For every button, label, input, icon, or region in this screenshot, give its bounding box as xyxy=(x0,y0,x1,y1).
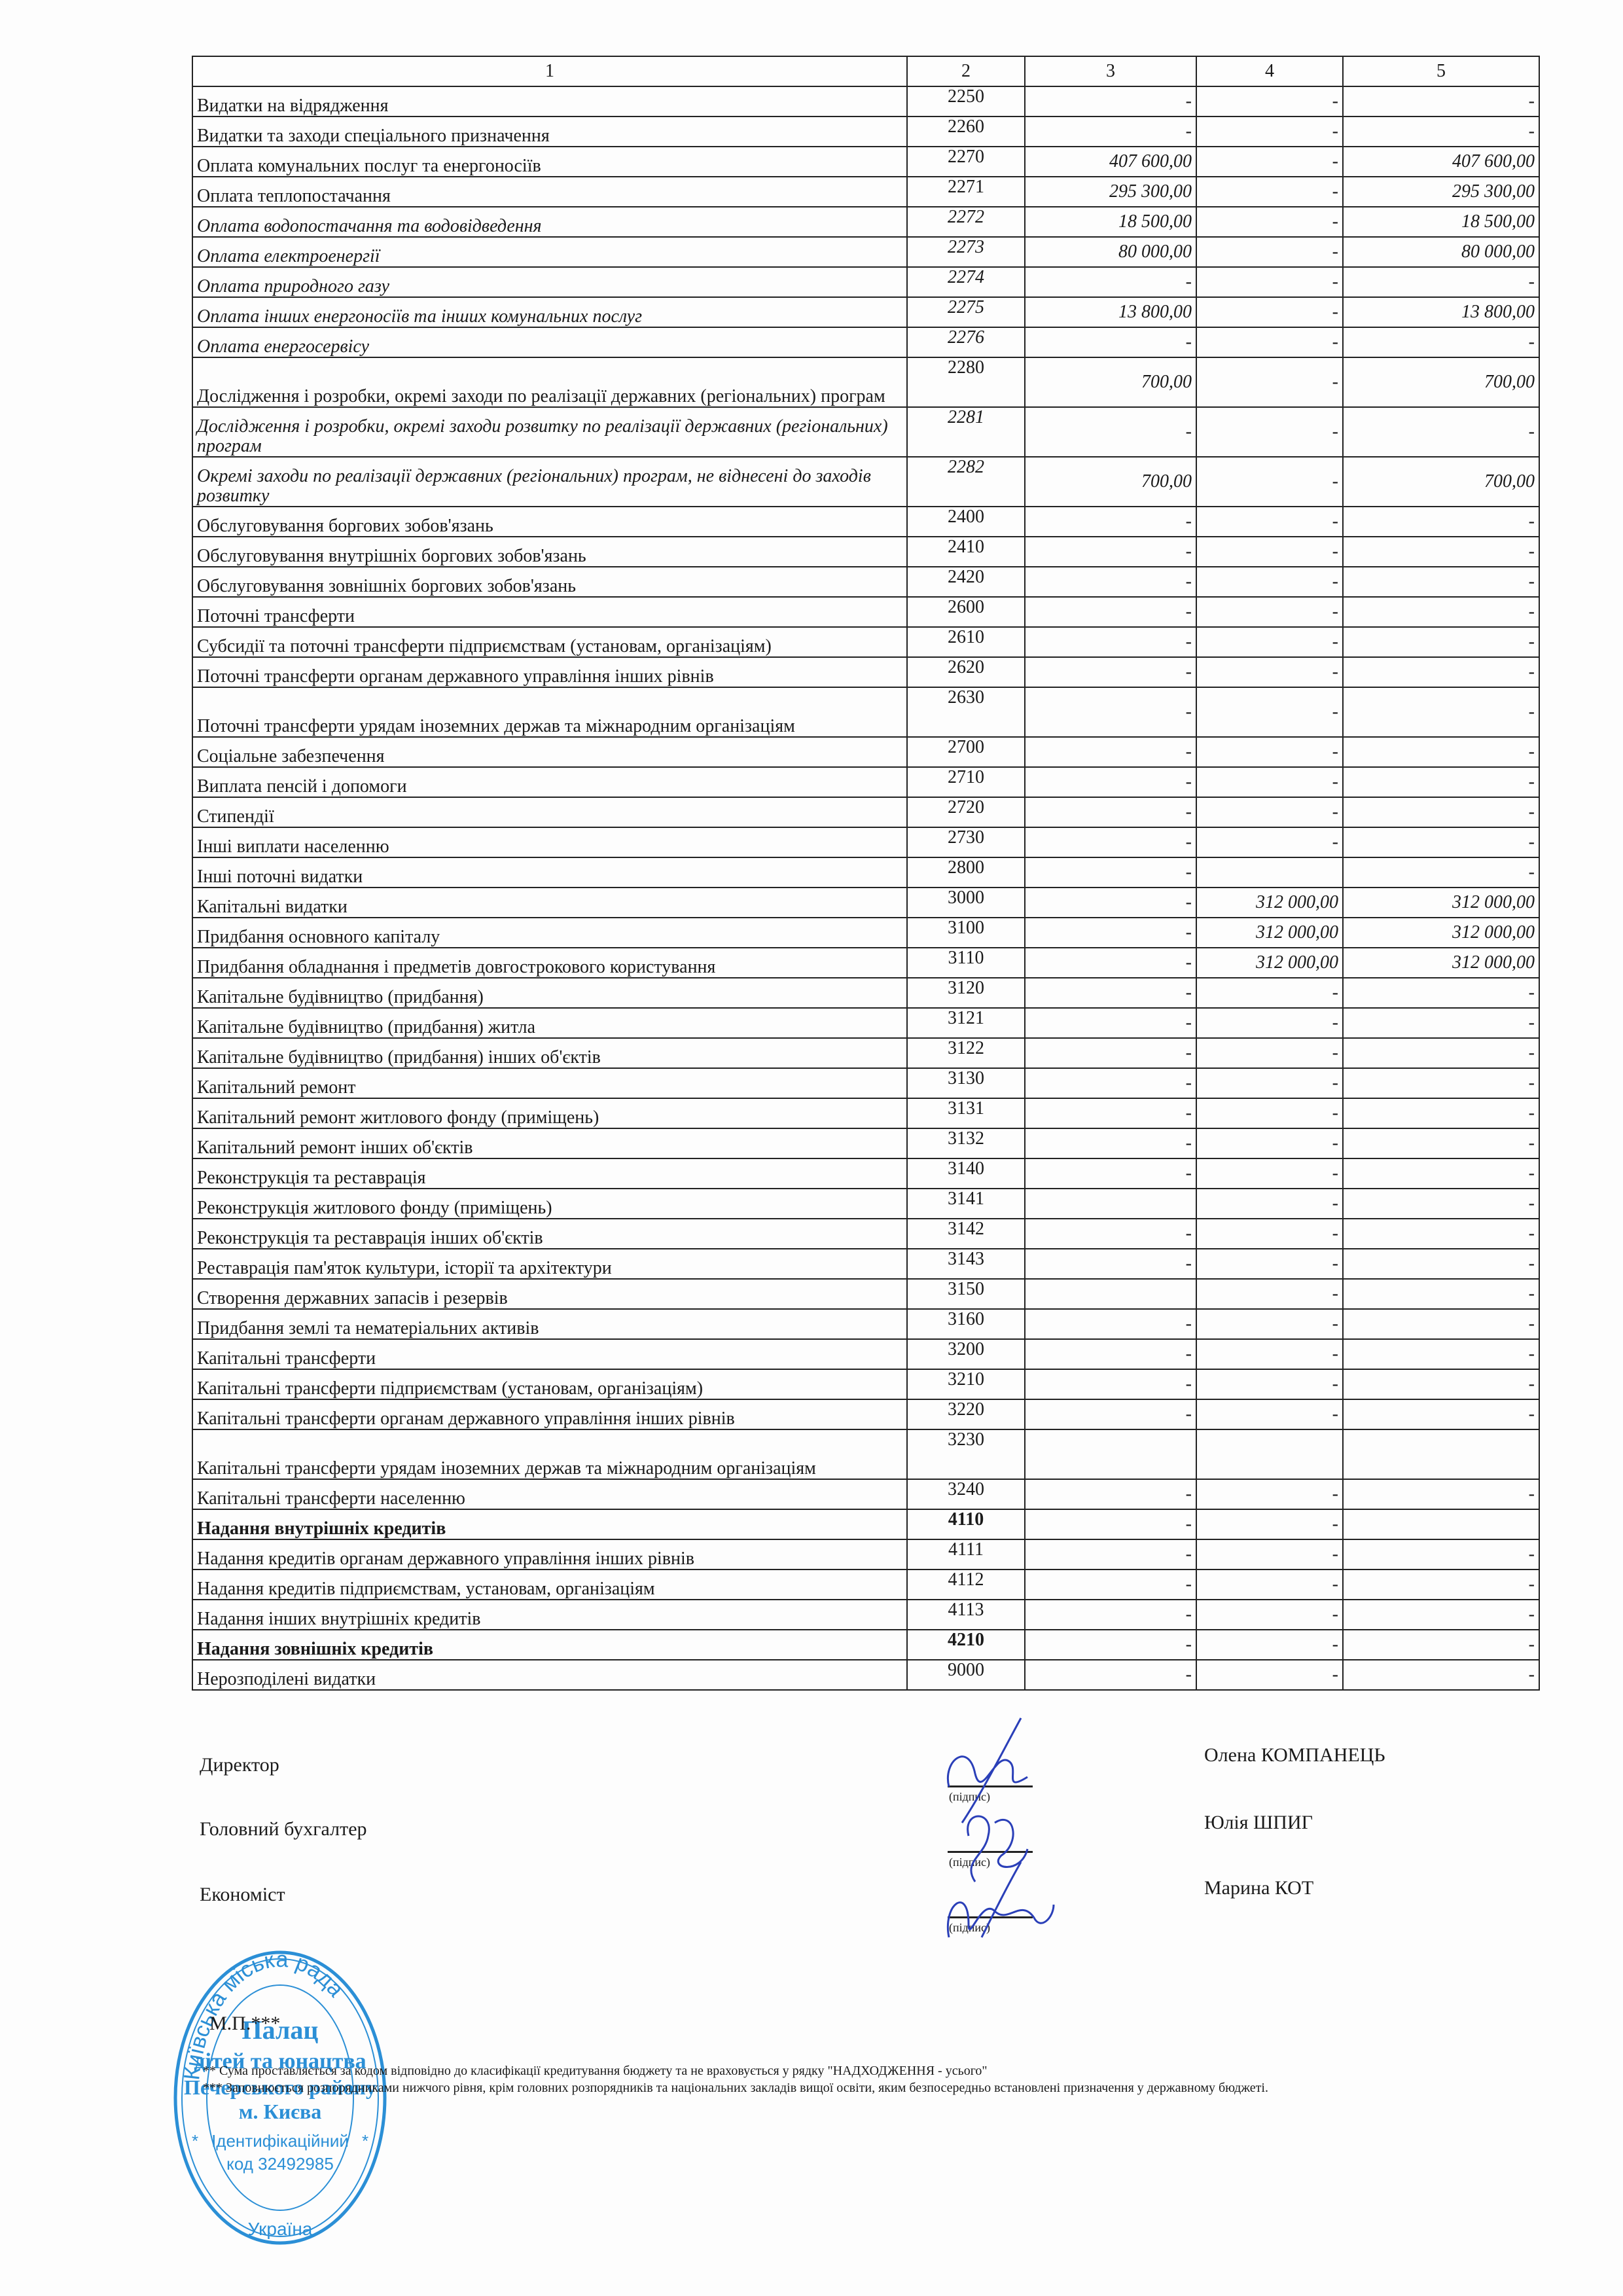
row-value-col5: - xyxy=(1343,1369,1539,1399)
name-director: Олена КОМПАНЕЦЬ xyxy=(1204,1744,1385,1767)
role-director: Директор xyxy=(200,1754,279,1776)
row-name: Реконструкція житлового фонду (приміщень… xyxy=(192,1189,907,1219)
row-value-col3 xyxy=(1025,1279,1196,1309)
row-value-col3: - xyxy=(1025,1098,1196,1128)
table-row: Соціальне забезпечення2700--- xyxy=(192,737,1539,767)
svg-text:код 32492985: код 32492985 xyxy=(226,2154,334,2174)
row-value-col3: - xyxy=(1025,918,1196,948)
row-value-col5: - xyxy=(1343,1038,1539,1068)
row-code: 3230 xyxy=(907,1429,1025,1479)
row-code: 3141 xyxy=(907,1189,1025,1219)
row-code: 2282 xyxy=(907,457,1025,507)
row-value-col4: 312 000,00 xyxy=(1196,948,1343,978)
row-code: 3210 xyxy=(907,1369,1025,1399)
column-header-1: 1 xyxy=(192,56,907,86)
row-code: 2270 xyxy=(907,147,1025,177)
row-value-col3: - xyxy=(1025,597,1196,627)
row-value-col4: - xyxy=(1196,1630,1343,1660)
column-header-4: 4 xyxy=(1196,56,1343,86)
svg-text:Ідентифікаційний: Ідентифікаційний xyxy=(211,2131,349,2151)
row-name: Придбання землі та нематеріальних активі… xyxy=(192,1309,907,1339)
row-value-col5: - xyxy=(1343,567,1539,597)
row-value-col5: - xyxy=(1343,1660,1539,1690)
row-value-col5: 312 000,00 xyxy=(1343,918,1539,948)
row-code: 2630 xyxy=(907,687,1025,737)
row-value-col3: - xyxy=(1025,767,1196,797)
row-value-col5: - xyxy=(1343,1539,1539,1570)
row-value-col5: - xyxy=(1343,267,1539,297)
row-value-col3: - xyxy=(1025,857,1196,888)
table-row: Стипендії2720--- xyxy=(192,797,1539,827)
row-code: 3131 xyxy=(907,1098,1025,1128)
svg-text:Україна: Україна xyxy=(248,2219,313,2239)
row-name: Інші поточні видатки xyxy=(192,857,907,888)
row-value-col5: 13 800,00 xyxy=(1343,297,1539,327)
row-value-col3: - xyxy=(1025,627,1196,657)
row-value-col5: - xyxy=(1343,978,1539,1008)
row-value-col5: - xyxy=(1343,1098,1539,1128)
row-value-col4: - xyxy=(1196,767,1343,797)
column-header-3: 3 xyxy=(1025,56,1196,86)
row-value-col3 xyxy=(1025,1429,1196,1479)
row-value-col3: 407 600,00 xyxy=(1025,147,1196,177)
row-value-col4: - xyxy=(1196,597,1343,627)
row-value-col5 xyxy=(1343,1429,1539,1479)
row-code: 4111 xyxy=(907,1539,1025,1570)
row-name: Капітальні трансферти органам державного… xyxy=(192,1399,907,1429)
row-value-col3: - xyxy=(1025,1399,1196,1429)
table-row: Оплата теплопостачання2271295 300,00-295… xyxy=(192,177,1539,207)
row-name: Окремі заходи по реалізації державних (р… xyxy=(192,457,907,507)
row-name: Реконструкція та реставрація інших об'єк… xyxy=(192,1219,907,1249)
row-value-col5: - xyxy=(1343,737,1539,767)
row-name: Реставрація пам'яток культури, історії т… xyxy=(192,1249,907,1279)
row-value-col5: - xyxy=(1343,767,1539,797)
row-value-col5: 700,00 xyxy=(1343,457,1539,507)
table-row: Надання інших внутрішніх кредитів4113--- xyxy=(192,1600,1539,1630)
row-value-col4: - xyxy=(1196,1339,1343,1369)
row-value-col5: - xyxy=(1343,1219,1539,1249)
row-value-col5: - xyxy=(1343,86,1539,117)
row-value-col4: - xyxy=(1196,687,1343,737)
handwritten-signature-economist xyxy=(923,1859,1080,1970)
table-row: Надання внутрішніх кредитів4110-- xyxy=(192,1509,1539,1539)
row-code: 4110 xyxy=(907,1509,1025,1539)
row-value-col3 xyxy=(1025,1189,1196,1219)
row-value-col4: 312 000,00 xyxy=(1196,918,1343,948)
row-value-col4: - xyxy=(1196,237,1343,267)
table-row: Капітальні трансферти підприємствам (уст… xyxy=(192,1369,1539,1399)
row-code: 2400 xyxy=(907,507,1025,537)
row-value-col3: - xyxy=(1025,948,1196,978)
row-value-col5: - xyxy=(1343,327,1539,357)
row-code: 2730 xyxy=(907,827,1025,857)
row-name: Капітальні трансферти підприємствам (уст… xyxy=(192,1369,907,1399)
row-value-col4: - xyxy=(1196,457,1343,507)
row-value-col3: - xyxy=(1025,1038,1196,1068)
row-name: Реконструкція та реставрація xyxy=(192,1158,907,1189)
row-code: 4113 xyxy=(907,1600,1025,1630)
table-row: Оплата природного газу2274--- xyxy=(192,267,1539,297)
row-code: 2710 xyxy=(907,767,1025,797)
row-name: Капітальні трансферти xyxy=(192,1339,907,1369)
row-code: 2271 xyxy=(907,177,1025,207)
footnote-double-asterisk: ** Сума проставляється за кодом відповід… xyxy=(203,2063,988,2079)
row-value-col3: - xyxy=(1025,537,1196,567)
row-value-col3: - xyxy=(1025,567,1196,597)
row-name: Капітальні видатки xyxy=(192,888,907,918)
row-name: Дослідження і розробки, окремі заходи ро… xyxy=(192,407,907,457)
row-code: 9000 xyxy=(907,1660,1025,1690)
row-value-col4: - xyxy=(1196,797,1343,827)
table-row: Реконструкція та реставрація інших об'єк… xyxy=(192,1219,1539,1249)
row-value-col4: - xyxy=(1196,1399,1343,1429)
row-code: 2410 xyxy=(907,537,1025,567)
row-value-col4: - xyxy=(1196,1279,1343,1309)
row-value-col3: 18 500,00 xyxy=(1025,207,1196,237)
table-row: Інші поточні видатки2800-- xyxy=(192,857,1539,888)
table-row: Придбання обладнання і предметів довгост… xyxy=(192,948,1539,978)
row-name: Нерозподілені видатки xyxy=(192,1660,907,1690)
row-value-col4: - xyxy=(1196,177,1343,207)
row-code: 2800 xyxy=(907,857,1025,888)
row-name: Обслуговування внутрішніх боргових зобов… xyxy=(192,537,907,567)
table-row: Дослідження і розробки, окремі заходи по… xyxy=(192,357,1539,407)
row-name: Придбання основного капіталу xyxy=(192,918,907,948)
row-code: 2610 xyxy=(907,627,1025,657)
row-value-col4: - xyxy=(1196,1219,1343,1249)
table-row: Оплата енергосервісу2276--- xyxy=(192,327,1539,357)
row-value-col4: - xyxy=(1196,147,1343,177)
row-name: Оплата енергосервісу xyxy=(192,327,907,357)
row-value-col5: - xyxy=(1343,1189,1539,1219)
row-code: 2260 xyxy=(907,117,1025,147)
row-name: Поточні трансферти урядам іноземних держ… xyxy=(192,687,907,737)
row-value-col3: - xyxy=(1025,827,1196,857)
row-code: 2600 xyxy=(907,597,1025,627)
row-code: 3150 xyxy=(907,1279,1025,1309)
table-row: Поточні трансферти урядам іноземних держ… xyxy=(192,687,1539,737)
row-code: 2420 xyxy=(907,567,1025,597)
row-code: 2273 xyxy=(907,237,1025,267)
row-value-col3: - xyxy=(1025,1600,1196,1630)
table-row: Капітальні трансферти урядам іноземних д… xyxy=(192,1429,1539,1479)
table-row: Видатки та заходи спеціального призначен… xyxy=(192,117,1539,147)
row-value-col5: - xyxy=(1343,1128,1539,1158)
table-row: Поточні трансферти органам державного уп… xyxy=(192,657,1539,687)
row-value-col3: - xyxy=(1025,1479,1196,1509)
row-code: 2276 xyxy=(907,327,1025,357)
row-name: Поточні трансферти xyxy=(192,597,907,627)
row-value-col4: - xyxy=(1196,207,1343,237)
row-name: Соціальне забезпечення xyxy=(192,737,907,767)
table-row: Надання зовнішніх кредитів4210--- xyxy=(192,1630,1539,1660)
row-value-col3: - xyxy=(1025,1369,1196,1399)
document-page: 1 2 3 4 5 Видатки на відрядження2250---В… xyxy=(0,0,1623,2296)
row-name: Дослідження і розробки, окремі заходи по… xyxy=(192,357,907,407)
row-value-col4: - xyxy=(1196,86,1343,117)
name-chief-accountant: Юлія ШПИГ xyxy=(1204,1812,1313,1834)
row-name: Капітальний ремонт xyxy=(192,1068,907,1098)
row-value-col4: - xyxy=(1196,537,1343,567)
row-code: 4210 xyxy=(907,1630,1025,1660)
row-value-col5: - xyxy=(1343,827,1539,857)
row-name: Обслуговування боргових зобов'язань xyxy=(192,507,907,537)
row-value-col3: - xyxy=(1025,1309,1196,1339)
row-value-col5: - xyxy=(1343,1068,1539,1098)
row-value-col4: - xyxy=(1196,1570,1343,1600)
column-header-2: 2 xyxy=(907,56,1025,86)
row-value-col4: - xyxy=(1196,1369,1343,1399)
row-name: Оплата природного газу xyxy=(192,267,907,297)
row-value-col5: - xyxy=(1343,537,1539,567)
name-economist: Марина КОТ xyxy=(1204,1877,1313,1899)
row-value-col4: - xyxy=(1196,507,1343,537)
row-code: 3140 xyxy=(907,1158,1025,1189)
row-value-col3: - xyxy=(1025,327,1196,357)
row-name: Капітальне будівництво (придбання) інших… xyxy=(192,1038,907,1068)
row-value-col3: - xyxy=(1025,657,1196,687)
row-name: Оплата теплопостачання xyxy=(192,177,907,207)
row-value-col5: - xyxy=(1343,1399,1539,1429)
row-value-col5: 312 000,00 xyxy=(1343,948,1539,978)
row-value-col4: 312 000,00 xyxy=(1196,888,1343,918)
table-row: Капітальний ремонт інших об'єктів3132--- xyxy=(192,1128,1539,1158)
row-value-col3: - xyxy=(1025,978,1196,1008)
row-code: 3122 xyxy=(907,1038,1025,1068)
table-row: Обслуговування зовнішніх боргових зобов'… xyxy=(192,567,1539,597)
table-row: Придбання землі та нематеріальних активі… xyxy=(192,1309,1539,1339)
row-value-col3: - xyxy=(1025,1630,1196,1660)
row-name: Оплата електроенергії xyxy=(192,237,907,267)
table-row: Створення державних запасів і резервів31… xyxy=(192,1279,1539,1309)
table-row: Капітальні трансферти3200--- xyxy=(192,1339,1539,1369)
row-value-col4: - xyxy=(1196,1158,1343,1189)
row-code: 2272 xyxy=(907,207,1025,237)
row-value-col5: - xyxy=(1343,627,1539,657)
table-row: Придбання основного капіталу3100-312 000… xyxy=(192,918,1539,948)
row-value-col5: 407 600,00 xyxy=(1343,147,1539,177)
row-value-col3: - xyxy=(1025,1539,1196,1570)
row-value-col3: - xyxy=(1025,407,1196,457)
row-value-col4: - xyxy=(1196,1068,1343,1098)
row-value-col3: - xyxy=(1025,888,1196,918)
table-row: Нерозподілені видатки9000--- xyxy=(192,1660,1539,1690)
row-value-col5: - xyxy=(1343,507,1539,537)
table-row: Капітальне будівництво (придбання) житла… xyxy=(192,1008,1539,1038)
row-name: Капітальне будівництво (придбання) житла xyxy=(192,1008,907,1038)
row-name: Капітальний ремонт інших об'єктів xyxy=(192,1128,907,1158)
role-chief-accountant: Головний бухгалтер xyxy=(200,1818,367,1840)
table-row: Видатки на відрядження2250--- xyxy=(192,86,1539,117)
table-row: Субсидії та поточні трансферти підприємс… xyxy=(192,627,1539,657)
row-code: 3240 xyxy=(907,1479,1025,1509)
row-value-col5: - xyxy=(1343,1339,1539,1369)
row-name: Інші виплати населенню xyxy=(192,827,907,857)
row-code: 3110 xyxy=(907,948,1025,978)
table-row: Реконструкція та реставрація3140--- xyxy=(192,1158,1539,1189)
table-row: Капітальне будівництво (придбання) інших… xyxy=(192,1038,1539,1068)
table-row: Реконструкція житлового фонду (приміщень… xyxy=(192,1189,1539,1219)
table-row: Обслуговування внутрішніх боргових зобов… xyxy=(192,537,1539,567)
official-stamp: Київська міська рада Палац дітей та юнац… xyxy=(169,1947,391,2248)
row-name: Видатки на відрядження xyxy=(192,86,907,117)
row-value-col4: - xyxy=(1196,1008,1343,1038)
row-name: Надання зовнішніх кредитів xyxy=(192,1630,907,1660)
row-value-col4: - xyxy=(1196,1098,1343,1128)
row-value-col4: - xyxy=(1196,827,1343,857)
role-economist: Економіст xyxy=(200,1884,285,1906)
row-value-col4: - xyxy=(1196,657,1343,687)
row-value-col4 xyxy=(1196,1429,1343,1479)
table-row: Інші виплати населенню2730--- xyxy=(192,827,1539,857)
table-row: Надання кредитів підприємствам, установа… xyxy=(192,1570,1539,1600)
row-name: Капітальні трансферти населенню xyxy=(192,1479,907,1509)
row-value-col3: - xyxy=(1025,1660,1196,1690)
row-value-col3: - xyxy=(1025,86,1196,117)
row-value-col5: - xyxy=(1343,1008,1539,1038)
row-value-col5: - xyxy=(1343,407,1539,457)
row-value-col3: - xyxy=(1025,1339,1196,1369)
row-code: 3121 xyxy=(907,1008,1025,1038)
row-value-col5: - xyxy=(1343,1249,1539,1279)
row-value-col4: - xyxy=(1196,357,1343,407)
row-value-col3: - xyxy=(1025,1008,1196,1038)
row-code: 3143 xyxy=(907,1249,1025,1279)
row-value-col3: - xyxy=(1025,1509,1196,1539)
column-header-5: 5 xyxy=(1343,56,1539,86)
row-value-col3: 13 800,00 xyxy=(1025,297,1196,327)
table-row: Капітальний ремонт3130--- xyxy=(192,1068,1539,1098)
row-code: 3130 xyxy=(907,1068,1025,1098)
row-value-col3: - xyxy=(1025,507,1196,537)
row-code: 2281 xyxy=(907,407,1025,457)
row-code: 2720 xyxy=(907,797,1025,827)
row-code: 3000 xyxy=(907,888,1025,918)
row-value-col4: - xyxy=(1196,978,1343,1008)
row-value-col5: - xyxy=(1343,1570,1539,1600)
table-row: Капітальні трансферти населенню3240--- xyxy=(192,1479,1539,1509)
row-value-col4: - xyxy=(1196,737,1343,767)
row-name: Видатки та заходи спеціального призначен… xyxy=(192,117,907,147)
row-code: 2250 xyxy=(907,86,1025,117)
row-value-col4: - xyxy=(1196,627,1343,657)
row-value-col3: - xyxy=(1025,687,1196,737)
row-name: Створення державних запасів і резервів xyxy=(192,1279,907,1309)
row-name: Надання внутрішніх кредитів xyxy=(192,1509,907,1539)
row-value-col4: - xyxy=(1196,1660,1343,1690)
table-row: Обслуговування боргових зобов'язань2400-… xyxy=(192,507,1539,537)
row-name: Виплата пенсій і допомоги xyxy=(192,767,907,797)
row-value-col4: - xyxy=(1196,297,1343,327)
footnote-triple-asterisk: *** Заповнюється розпорядниками нижчого … xyxy=(203,2080,1538,2096)
table-row: Виплата пенсій і допомоги2710--- xyxy=(192,767,1539,797)
row-value-col3: 295 300,00 xyxy=(1025,177,1196,207)
table-row: Поточні трансферти2600--- xyxy=(192,597,1539,627)
row-value-col4 xyxy=(1196,857,1343,888)
row-name: Оплата водопостачання та водовідведення xyxy=(192,207,907,237)
row-name: Придбання обладнання і предметів довгост… xyxy=(192,948,907,978)
row-value-col3: - xyxy=(1025,1219,1196,1249)
row-code: 4112 xyxy=(907,1570,1025,1600)
row-code: 2700 xyxy=(907,737,1025,767)
table-row: Оплата електроенергії227380 000,00-80 00… xyxy=(192,237,1539,267)
row-name: Капітальний ремонт житлового фонду (прим… xyxy=(192,1098,907,1128)
row-value-col3: 80 000,00 xyxy=(1025,237,1196,267)
table-row: Капітальне будівництво (придбання)3120--… xyxy=(192,978,1539,1008)
row-value-col3: - xyxy=(1025,1068,1196,1098)
row-value-col4: - xyxy=(1196,1249,1343,1279)
row-code: 2274 xyxy=(907,267,1025,297)
row-value-col3: - xyxy=(1025,797,1196,827)
row-name: Стипендії xyxy=(192,797,907,827)
row-value-col5: - xyxy=(1343,1158,1539,1189)
row-code: 2280 xyxy=(907,357,1025,407)
row-value-col3: - xyxy=(1025,117,1196,147)
row-value-col5: - xyxy=(1343,797,1539,827)
row-code: 3132 xyxy=(907,1128,1025,1158)
table-row: Окремі заходи по реалізації державних (р… xyxy=(192,457,1539,507)
table-row: Дослідження і розробки, окремі заходи ро… xyxy=(192,407,1539,457)
row-code: 2620 xyxy=(907,657,1025,687)
row-name: Субсидії та поточні трансферти підприємс… xyxy=(192,627,907,657)
row-value-col3: 700,00 xyxy=(1025,457,1196,507)
row-code: 3200 xyxy=(907,1339,1025,1369)
row-value-col5: 700,00 xyxy=(1343,357,1539,407)
row-value-col4: - xyxy=(1196,1128,1343,1158)
budget-table: 1 2 3 4 5 Видатки на відрядження2250---В… xyxy=(192,56,1540,1691)
row-value-col5: 312 000,00 xyxy=(1343,888,1539,918)
row-value-col4: - xyxy=(1196,1189,1343,1219)
row-value-col5: - xyxy=(1343,1479,1539,1509)
row-value-col5: - xyxy=(1343,1630,1539,1660)
row-value-col5: - xyxy=(1343,597,1539,627)
seal-placeholder-label: М.П.*** xyxy=(209,2013,280,2035)
row-value-col5: - xyxy=(1343,117,1539,147)
row-code: 3220 xyxy=(907,1399,1025,1429)
row-value-col3: - xyxy=(1025,1249,1196,1279)
row-value-col4: - xyxy=(1196,1309,1343,1339)
row-value-col5: - xyxy=(1343,657,1539,687)
row-value-col5: - xyxy=(1343,1600,1539,1630)
row-value-col5: 295 300,00 xyxy=(1343,177,1539,207)
row-value-col5 xyxy=(1343,1509,1539,1539)
row-name: Оплата комунальних послуг та енергоносії… xyxy=(192,147,907,177)
table-row: Капітальні видатки3000-312 000,00312 000… xyxy=(192,888,1539,918)
table-row: Оплата комунальних послуг та енергоносії… xyxy=(192,147,1539,177)
row-value-col4: - xyxy=(1196,567,1343,597)
svg-text:*: * xyxy=(362,2131,368,2151)
svg-text:*: * xyxy=(192,2131,198,2151)
row-name: Надання кредитів підприємствам, установа… xyxy=(192,1570,907,1600)
row-value-col4: - xyxy=(1196,1600,1343,1630)
row-value-col5: - xyxy=(1343,687,1539,737)
row-name: Надання інших внутрішніх кредитів xyxy=(192,1600,907,1630)
column-number-header: 1 2 3 4 5 xyxy=(192,56,1539,86)
row-value-col5: - xyxy=(1343,1279,1539,1309)
row-code: 2275 xyxy=(907,297,1025,327)
table-row: Реставрація пам'яток культури, історії т… xyxy=(192,1249,1539,1279)
svg-text:м. Києва: м. Києва xyxy=(239,2100,322,2123)
row-name: Надання кредитів органам державного упра… xyxy=(192,1539,907,1570)
table-row: Надання кредитів органам державного упра… xyxy=(192,1539,1539,1570)
table-row: Оплата водопостачання та водовідведення2… xyxy=(192,207,1539,237)
row-value-col4: - xyxy=(1196,327,1343,357)
row-code: 3142 xyxy=(907,1219,1025,1249)
row-value-col3: - xyxy=(1025,1158,1196,1189)
table-row: Оплата інших енергоносіїв та інших комун… xyxy=(192,297,1539,327)
row-value-col4: - xyxy=(1196,1038,1343,1068)
